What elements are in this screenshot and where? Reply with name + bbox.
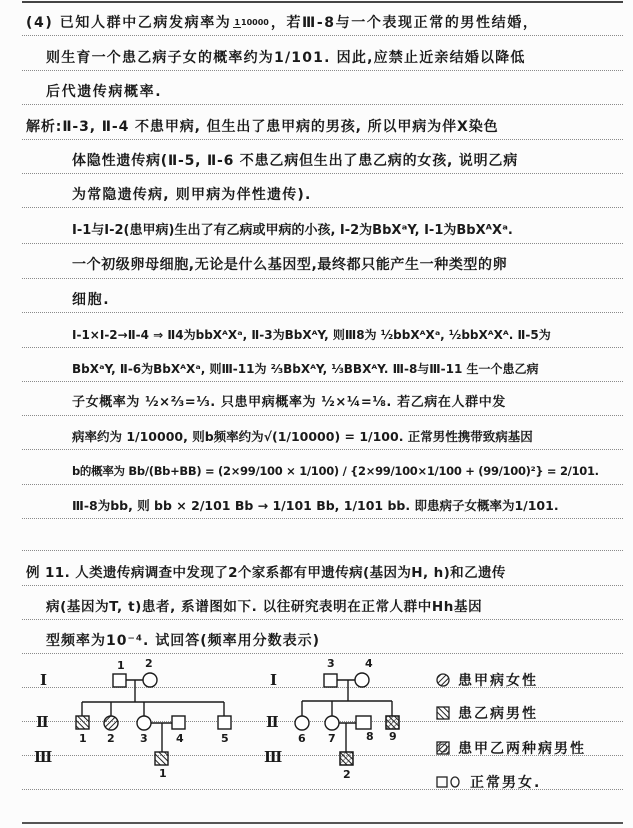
individual-number: 2: [343, 768, 351, 781]
notebook-page: (4) 已知人群中乙病发病率为110000，若Ⅲ-8与一个表现正常的男性结婚， …: [0, 0, 633, 828]
legend-label: 患乙病男性: [458, 703, 538, 723]
fraction-denominator: 10000: [241, 18, 269, 27]
individual-number: 1: [117, 659, 125, 672]
section4-line-1: (4) 已知人群中乙病发病率为110000，若Ⅲ-8与一个表现正常的男性结婚，: [26, 8, 633, 38]
legend-label: 患甲病女性: [458, 670, 538, 690]
individual-number: 3: [140, 732, 148, 745]
individual-number: 4: [365, 657, 373, 670]
individual-number: 2: [107, 732, 115, 745]
pedigree-chart: Ⅰ Ⅱ Ⅲ Ⅰ Ⅱ Ⅲ 1 2 1 2 3 4 5 1 3 4 6 7 8 9 …: [0, 650, 633, 790]
calc-line-6: Ⅲ-8为bb, 则 bb × 2/101 Bb → 1/101 Bb, 1/10…: [72, 491, 633, 521]
legend-item: 患乙病男性: [436, 703, 538, 723]
generation-label-2: Ⅱ: [266, 713, 279, 731]
calc-line-3: 子女概率为 ½×⅔=⅓. 只患甲病概率为 ½×¼=⅛. 若乙病在人群中发: [72, 388, 633, 418]
individual-number: 3: [327, 657, 335, 670]
section4-line-2: 则生育一个患乙病子女的概率约为1/101. 因此,应禁止近亲结婚以降低: [46, 43, 633, 73]
generation-label-3: Ⅲ: [264, 748, 282, 766]
legend-label: 患甲乙两种病男性: [458, 738, 586, 758]
legend-item: 患甲病女性: [436, 670, 538, 690]
individual-number: 2: [145, 657, 153, 670]
individual-number: 1: [159, 767, 167, 780]
individual-number: 9: [389, 730, 397, 743]
top-border-rule: [22, 1, 623, 3]
analysis-line-1: 解析:Ⅱ-3, Ⅱ-4 不患甲病, 但生出了患甲病的男孩, 所以甲病为伴X染色: [26, 112, 633, 142]
analysis-text: Ⅱ-3, Ⅱ-4 不患甲病, 但生出了患甲病的男孩, 所以甲病为伴X染色: [62, 112, 498, 142]
analysis-line-4: Ⅰ-1与Ⅰ-2(患甲病)生出了有乙病或甲病的小孩, Ⅰ-2为BbXᵃY, Ⅰ-1…: [72, 216, 633, 246]
calc-line-5: b的概率为 Bb/(Bb+BB) = (2×99/100 × 1/100) / …: [72, 456, 633, 486]
generation-label-1: Ⅰ: [270, 671, 277, 689]
individual-number: 6: [298, 732, 306, 745]
individual-number: 5: [221, 732, 229, 745]
individual-number: 7: [328, 732, 336, 745]
double-hatched-square-icon: [436, 741, 450, 755]
generation-label-1: Ⅰ: [40, 671, 47, 689]
pedigree-svg: [0, 650, 633, 790]
hatched-square-icon: [436, 706, 450, 720]
fraction: 110000: [233, 18, 268, 28]
section4-text: (4) 已知人群中乙病发病率为: [26, 8, 231, 38]
analysis-line-6: 细胞.: [72, 285, 633, 315]
legend-item: 患甲乙两种病男性: [436, 738, 586, 758]
individual-number: 8: [366, 730, 374, 743]
analysis-line-3: 为常隐遗传病, 则甲病为伴性遗传).: [72, 180, 633, 210]
legend-label: 正常男女.: [470, 772, 541, 792]
calc-line-4: 病率约为 1/10000, 则b频率约为√(1/10000) = 1/100. …: [72, 422, 633, 452]
generation-label-2: Ⅱ: [36, 713, 49, 731]
hatched-circle-icon: [436, 673, 450, 687]
section4-text: ，若Ⅲ-8与一个表现正常的男性结婚，: [271, 8, 539, 38]
example11-line-1: 例 11. 人类遗传病调查中发现了2个家系都有甲遗传病(基因为H, h)和乙遗传: [26, 558, 633, 588]
calc-line-2: BbXᵃY, Ⅱ-6为BbXᴬXᵃ, 则Ⅲ-11为 ⅔BbXᴬY, ⅓BBXᴬY…: [72, 354, 633, 384]
section4-line-3: 后代遗传病概率.: [46, 77, 633, 107]
analysis-label: 解析:: [26, 112, 62, 142]
ruled-line: [22, 550, 623, 551]
fraction-numerator: 1: [233, 18, 241, 28]
analysis-line-5: 一个初级卵母细胞,无论是什么基因型,最终都只能产生一种类型的卵: [72, 250, 633, 280]
analysis-line-2: 体隐性遗传病(Ⅱ-5, Ⅱ-6 不患乙病但生出了患乙病的女孩, 说明乙病: [72, 146, 633, 176]
individual-number: 4: [176, 732, 184, 745]
generation-label-3: Ⅲ: [34, 748, 52, 766]
legend-item: 正常男女.: [436, 772, 541, 792]
calc-line-1: Ⅰ-1×Ⅰ-2→Ⅱ-4 ⇒ Ⅱ4为bbXᴬXᵃ, Ⅱ-3为BbXᴬY, 则Ⅲ8为…: [72, 320, 633, 350]
bottom-border-rule: [22, 822, 623, 824]
individual-number: 1: [79, 732, 87, 745]
example11-line-2: 病(基因为T, t)患者, 系谱图如下. 以往研究表明在正常人群中Hh基因: [46, 592, 633, 622]
open-square-circle-icon: [436, 775, 462, 789]
